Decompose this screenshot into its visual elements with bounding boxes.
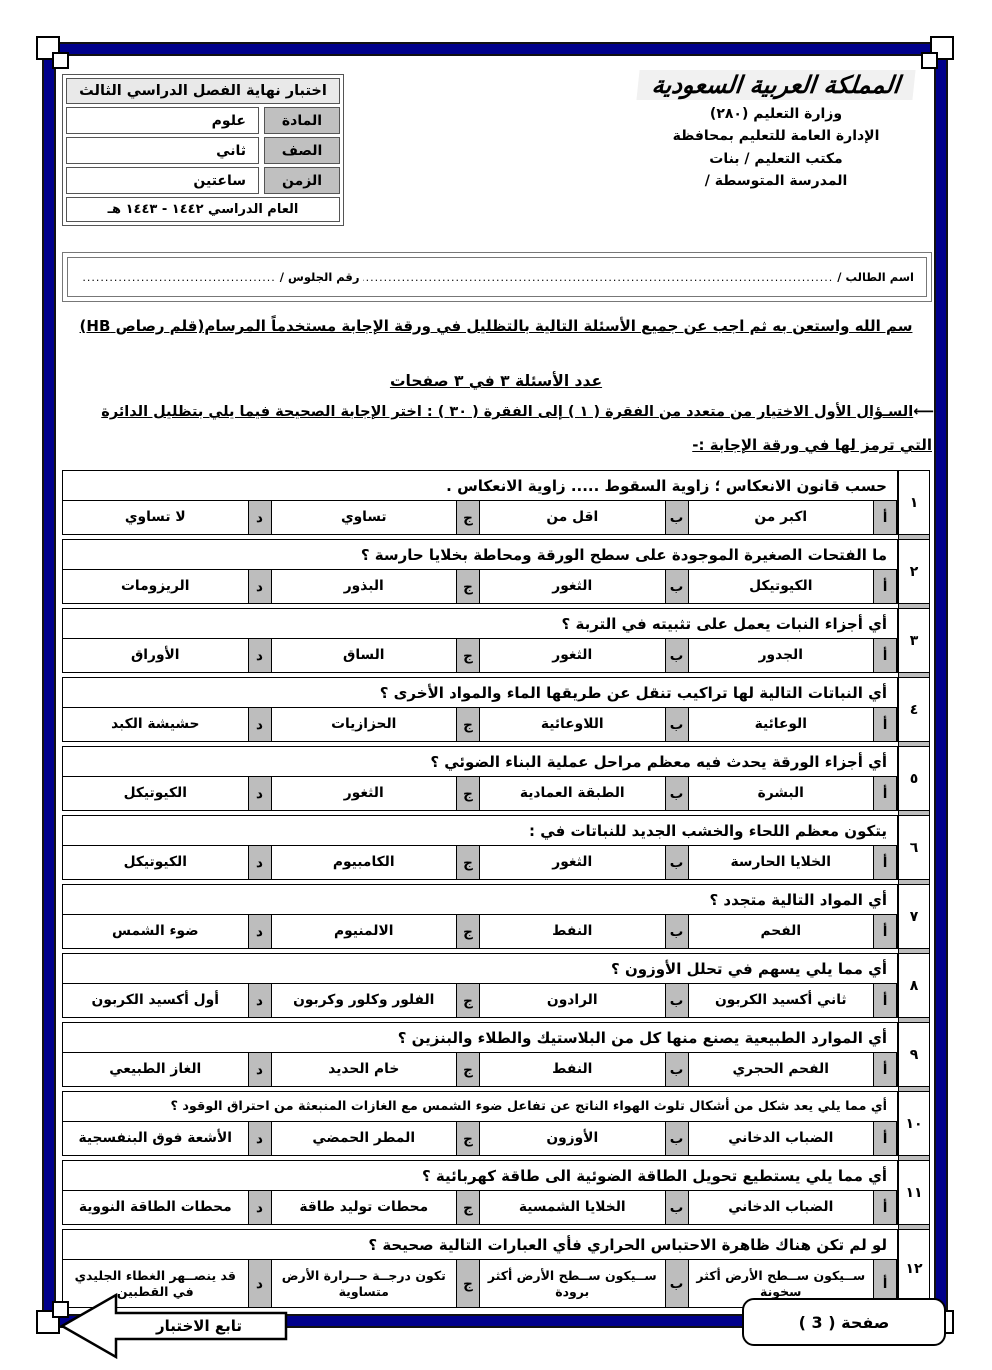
question-8: ٨ أي مما يلي يسهم في تحلل الأوزون ؟ أثان… xyxy=(62,953,930,1018)
grade-value: ثاني xyxy=(66,137,259,164)
question-text: أي أجزاء النبات يعمل على تثبيته في الترب… xyxy=(63,609,897,639)
option-b: بالثغور xyxy=(480,846,689,879)
academic-year: العام الدراسي ١٤٤٢ - ١٤٤٣ هـ xyxy=(66,197,340,222)
option-a: أالضباب الدخاني xyxy=(689,1122,898,1155)
saudi-arabia-calligraphy-logo: المملكة العربية السعودية xyxy=(637,70,916,100)
ministry-header: المملكة العربية السعودية وزارة التعليم (… xyxy=(596,70,956,193)
arrow-icon: ⟵ xyxy=(913,404,934,420)
option-letter-c: ج xyxy=(456,501,480,534)
student-info-box: اسم الطالب / ...........................… xyxy=(62,252,932,302)
question-number: ٤ xyxy=(898,677,930,742)
option-a: أالفحم xyxy=(689,915,898,948)
option-d: دالأوراق xyxy=(63,639,272,672)
page-number-label: صفحة ( 3 ) xyxy=(799,1313,890,1332)
question-5: ٥ أي أجزاء الورقة يحدث فيه معظم مراحل عم… xyxy=(62,746,930,811)
option-d: دالكيوتيكل xyxy=(63,846,272,879)
question-number: ٢ xyxy=(898,539,930,604)
option-a: أالضباب الدخاني xyxy=(689,1191,898,1224)
option-a: أالبشرة xyxy=(689,777,898,810)
ministry-line: وزارة التعليم (٢٨٠) xyxy=(596,103,956,125)
option-d: دمحطات الطاقة النووية xyxy=(63,1191,272,1224)
option-letter-b: ب xyxy=(665,501,689,534)
education-admin-line: الإدارة العامة للتعليم بمحافظة xyxy=(596,125,956,147)
option-c: جخام الحديد xyxy=(272,1053,481,1086)
questions-table: ١ حسب قانون الانعكاس ؛ زاوية السقوط ....… xyxy=(62,470,930,1312)
question-9: ٩ أي الموارد الطبيعية يصنع منها كل من ال… xyxy=(62,1022,930,1087)
question-10: ١٠ أي مما يلي يعد شكل من أشكال تلوث الهو… xyxy=(62,1091,930,1156)
option-c: جالساق xyxy=(272,639,481,672)
option-a: أالوعائية xyxy=(689,708,898,741)
question-number: ٦ xyxy=(898,815,930,880)
question-6: ٦ يتكون معظم اللحاء والخشب الجديد للنبات… xyxy=(62,815,930,880)
option-d: دالكيوتيكل xyxy=(63,777,272,810)
option-c: جالثغور xyxy=(272,777,481,810)
option-b: بســيكون ســطح الأرض أكثر برودة xyxy=(480,1260,689,1307)
section-intro-text: السـؤال الأول الاختيار من متعدد من الفقر… xyxy=(422,404,913,420)
option-b: بالثغور xyxy=(480,570,689,603)
seat-number-label: رقم الجلوس / xyxy=(280,270,360,284)
option-c: جالبذور xyxy=(272,570,481,603)
question-number: ١٢ xyxy=(898,1229,930,1308)
option-a: أاكبر من xyxy=(689,501,898,534)
option-a: أالكيوتيكل xyxy=(689,570,898,603)
question-4: ٤ أي النباتات التالية لها تراكيب تنقل عن… xyxy=(62,677,930,742)
question-text: أي مما يلي يعد شكل من أشكال تلوث الهواء … xyxy=(63,1092,897,1122)
option-d: دحشيشة الكبد xyxy=(63,708,272,741)
corner-decoration-top-left xyxy=(36,36,60,60)
option-d: دالأشعة فوق البنفسجية xyxy=(63,1122,272,1155)
option-b: بالنفط xyxy=(480,1053,689,1086)
question-7: ٧ أي المواد التالية متجدد ؟ أالفحم بالنف… xyxy=(62,884,930,949)
option-letter-a: أ xyxy=(873,501,897,534)
option-d: دأول أكسيد الكربون xyxy=(63,984,272,1017)
option-d: دالغاز الطبيعي xyxy=(63,1053,272,1086)
question-2: ٢ ما الفتحات الصغيرة الموجودة على سطح ال… xyxy=(62,539,930,604)
option-d: دلا تساوي xyxy=(63,501,272,534)
option-b: بالأوزون xyxy=(480,1122,689,1155)
bismillah-instruction: سم الله واستعن به ثم اجب عن جميع الأسئلة… xyxy=(70,317,922,335)
time-label: الزمن xyxy=(264,167,340,194)
option-c: جالحزازيات xyxy=(272,708,481,741)
grade-label: الصف xyxy=(264,137,340,164)
option-a: أثاني أكسيد الكربون xyxy=(689,984,898,1017)
option-b: باللاوعائية xyxy=(480,708,689,741)
corner-decoration-top-right xyxy=(930,36,954,60)
question-text: أي مما يلي يستطيع تحويل الطاقة الضوئية ا… xyxy=(63,1161,897,1191)
question-number: ١ xyxy=(898,470,930,535)
question-number: ٣ xyxy=(898,608,930,673)
question-text: أي النباتات التالية لها تراكيب تنقل عن ط… xyxy=(63,678,897,708)
option-a: أالجدور xyxy=(689,639,898,672)
option-c: جتكون درجــة حــرارة الأرض متساوية xyxy=(272,1260,481,1307)
question-text: حسب قانون الانعكاس ؛ زاوية السقوط ..... … xyxy=(63,471,897,501)
question-count-line: عدد الأسئلة ٣ في ٣ صفحات xyxy=(70,372,922,390)
question-1: ١ حسب قانون الانعكاس ؛ زاوية السقوط ....… xyxy=(62,470,930,535)
question-text: لو لم تكن هناك ظاهرة الاحتباس الحراري فأ… xyxy=(63,1230,897,1260)
option-c: جالمطر الحمضي xyxy=(272,1122,481,1155)
time-value: ساعتين xyxy=(66,167,259,194)
education-office-line: مكتب التعليم / بنات xyxy=(596,148,956,170)
option-c: جمحطات توليد طاقة xyxy=(272,1191,481,1224)
question-3: ٣ أي أجزاء النبات يعمل على تثبيته في الت… xyxy=(62,608,930,673)
question-number: ٩ xyxy=(898,1022,930,1087)
section-one-heading: ⟵السـؤال الأول الاختيار من متعدد من الفق… xyxy=(62,404,934,420)
question-number: ٨ xyxy=(898,953,930,1018)
subject-label: المادة xyxy=(264,107,340,134)
question-text: أي أجزاء الورقة يحدث فيه معظم مراحل عملي… xyxy=(63,747,897,777)
option-letter-d: د xyxy=(248,501,272,534)
continue-exam-arrow: تابع الاختبار xyxy=(56,1288,294,1364)
continue-exam-label: تابع الاختبار xyxy=(155,1317,242,1335)
exam-info-table: اختبار نهاية الفصل الدراسي الثالث المادة… xyxy=(62,74,344,226)
option-b: بالطبقة العمادية xyxy=(480,777,689,810)
option-b: بالنفط xyxy=(480,915,689,948)
question-text: يتكون معظم اللحاء والخشب الجديد للنباتات… xyxy=(63,816,897,846)
option-c: جالكامبيوم xyxy=(272,846,481,879)
subject-value: علوم xyxy=(66,107,259,134)
exam-title: اختبار نهاية الفصل الدراسي الثالث xyxy=(66,78,340,104)
seat-number-field: ........................................… xyxy=(80,271,276,284)
question-text: أي الموارد الطبيعية يصنع منها كل من البل… xyxy=(63,1023,897,1053)
option-b: بالرادون xyxy=(480,984,689,1017)
option-b: بالخلايا الشمسية xyxy=(480,1191,689,1224)
student-name-label: اسم الطالب / xyxy=(837,270,914,284)
student-name-field: ........................................… xyxy=(363,271,833,284)
question-number: ١١ xyxy=(898,1160,930,1225)
question-text: أي المواد التالية متجدد ؟ xyxy=(63,885,897,915)
option-b: بالثغور xyxy=(480,639,689,672)
question-number: ٥ xyxy=(898,746,930,811)
option-d: دضوء الشمس xyxy=(63,915,272,948)
section-bold-text: اختر الإجابة الصحيحة فيما يلي بتظليل الد… xyxy=(101,404,422,420)
question-text: ما الفتحات الصغيرة الموجودة على سطح الور… xyxy=(63,540,897,570)
option-b: باقل من xyxy=(480,501,689,534)
option-c: جتساوي xyxy=(272,501,481,534)
question-number: ٧ xyxy=(898,884,930,949)
option-c: جالالمنيوم xyxy=(272,915,481,948)
section-heading-line2: التي ترمز لها في ورقة الإجابة :- xyxy=(62,436,932,454)
option-a: أالخلايا الحارسة xyxy=(689,846,898,879)
question-number: ١٠ xyxy=(898,1091,930,1156)
school-line: المدرسة المتوسطة / xyxy=(596,170,956,192)
option-d: دالريزومات xyxy=(63,570,272,603)
option-a: أالفحم الحجري xyxy=(689,1053,898,1086)
question-text: أي مما يلي يسهم في تحلل الأوزون ؟ xyxy=(63,954,897,984)
page-number-box: صفحة ( 3 ) xyxy=(742,1298,946,1346)
option-c: جالفلور وكلور وكربون xyxy=(272,984,481,1017)
question-11: ١١ أي مما يلي يستطيع تحويل الطاقة الضوئي… xyxy=(62,1160,930,1225)
